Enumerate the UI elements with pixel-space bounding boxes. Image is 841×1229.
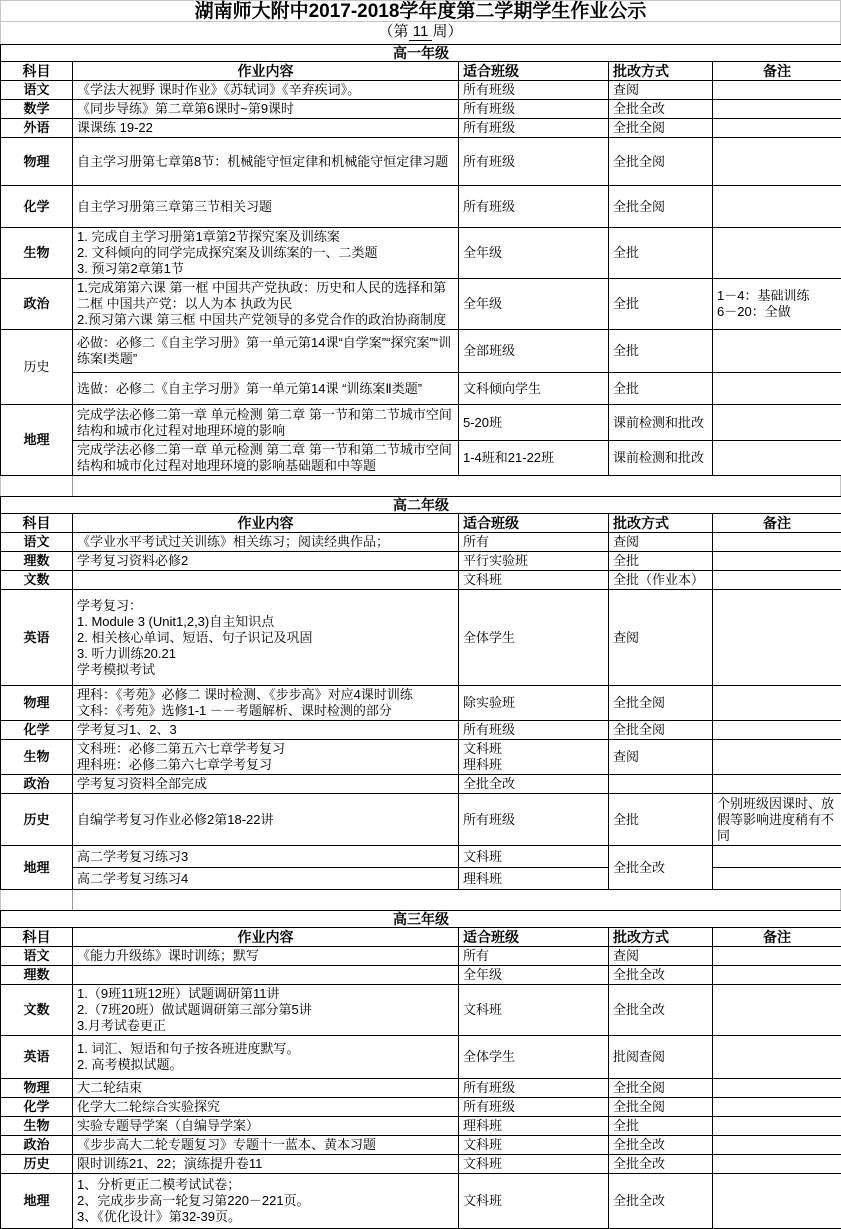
subject-cell: 地理 <box>1 1174 73 1229</box>
homework-cell: 1、分析更正二模考试试卷； 2、完成步步高一轮复习第220－221页。 3、《优… <box>73 1174 459 1229</box>
table-row: 政治《步步高大二轮专题复习》专题十一蓝本、黄本习题文科班全批全改 <box>1 1136 841 1155</box>
subject-cell: 语文 <box>1 81 73 100</box>
section-table-grade-2: 高二年级科目作业内容适合班级批改方式备注语文《学业水平考试过关训练》相关练习；阅… <box>0 496 841 890</box>
header-row: 科目作业内容适合班级批改方式备注 <box>1 514 841 533</box>
homework-cell: 学考复习资料全部完成 <box>73 775 459 794</box>
homework-cell: 完成学法必修二第一章 单元检测 第二章 第一节和第二节城市空间结构和城市化过程对… <box>73 405 459 441</box>
classes-cell: 所有班级 <box>459 794 609 846</box>
classes-cell: 文科班 <box>459 1155 609 1174</box>
classes-cell: 全体学生 <box>459 1036 609 1079</box>
gap-gridline <box>1 476 73 496</box>
subject-cell: 地理 <box>1 846 73 890</box>
table-row: 语文《能力升级练》课时训练；默写所有查阅 <box>1 947 841 966</box>
table-row: 地理1、分析更正二模考试试卷； 2、完成步步高一轮复习第220－221页。 3、… <box>1 1174 841 1229</box>
remarks-cell <box>713 571 841 590</box>
table-row: 历史必做：必修二《自主学习册》第一单元第14课“自学案”“探究案”“训练案Ⅰ类题… <box>1 330 841 373</box>
classes-cell: 所有班级 <box>459 186 609 228</box>
subject-cell: 英语 <box>1 590 73 686</box>
subject-cell: 政治 <box>1 775 73 794</box>
table-row: 政治1.完成第第六课 第一框 中国共产党执政：历史和人民的选择和第二框 中国共产… <box>1 279 841 330</box>
table-row: 化学学考复习1、2、3所有班级全批全阅 <box>1 721 841 740</box>
homework-cell: 学考复习： 1. Module 3 (Unit1,2,3)自主知识点 2. 相关… <box>73 590 459 686</box>
remarks-cell <box>713 1036 841 1079</box>
section-title: 高一年级 <box>1 45 841 62</box>
homework-cell: 《同步导练》第二章第6课时~第9课时 <box>73 100 459 119</box>
table-row: 理数学考复习资料必修2平行实验班全批 <box>1 552 841 571</box>
grading-cell: 全批全改 <box>609 846 713 890</box>
remarks-cell: 1－4：基础训练 6－20：全做 <box>713 279 841 330</box>
remarks-cell <box>713 947 841 966</box>
remarks-cell <box>713 138 841 186</box>
classes-cell: 文科班 <box>459 985 609 1036</box>
classes-cell: 理科班 <box>459 1117 609 1136</box>
grading-cell: 全批（作业本） <box>609 571 713 590</box>
homework-cell: 必做：必修二《自主学习册》第一单元第14课“自学案”“探究案”“训练案Ⅰ类题” <box>73 330 459 373</box>
homework-cell: 《步步高大二轮专题复习》专题十一蓝本、黄本习题 <box>73 1136 459 1155</box>
remarks-cell <box>713 533 841 552</box>
remarks-cell <box>713 740 841 775</box>
column-header: 适合班级 <box>459 62 609 81</box>
grading-cell: 查阅 <box>609 740 713 775</box>
homework-cell: 《学法大视野 课时作业》《苏轼词》《辛弃疾词》。 <box>73 81 459 100</box>
subject-cell: 理数 <box>1 966 73 985</box>
grading-cell: 全批 <box>609 330 713 373</box>
subject-cell: 语文 <box>1 947 73 966</box>
remarks-cell <box>713 590 841 686</box>
remarks-cell <box>713 228 841 279</box>
table-row: 地理完成学法必修二第一章 单元检测 第二章 第一节和第二节城市空间结构和城市化过… <box>1 405 841 441</box>
table-row: 化学自主学习册第三章第三节相关习题所有班级全批全阅 <box>1 186 841 228</box>
subject-cell: 生物 <box>1 740 73 775</box>
grading-cell: 课前检测和批改 <box>609 441 713 476</box>
homework-cell: 1.（9班11班12班）试题调研第11讲 2.（7班20班）做试题调研第三部分第… <box>73 985 459 1036</box>
subject-cell: 外语 <box>1 119 73 138</box>
classes-cell: 全批全改 <box>459 775 609 794</box>
remarks-cell <box>713 1155 841 1174</box>
homework-cell <box>73 571 459 590</box>
remarks-cell <box>713 1174 841 1229</box>
classes-cell: 所有 <box>459 947 609 966</box>
homework-cell: 自编学考复习作业必修2第18-22讲 <box>73 794 459 846</box>
header-row: 科目作业内容适合班级批改方式备注 <box>1 62 841 81</box>
homework-cell: 文科班：必修二第五六七章学考复习 理科班：必修二第六七章学考复习 <box>73 740 459 775</box>
classes-cell: 全年级 <box>459 228 609 279</box>
section-title: 高二年级 <box>1 497 841 514</box>
homework-cell: 1.完成第第六课 第一框 中国共产党执政：历史和人民的选择和第二框 中国共产党：… <box>73 279 459 330</box>
table-row: 政治学考复习资料全部完成全批全改 <box>1 775 841 794</box>
column-header: 批改方式 <box>609 928 713 947</box>
subject-cell: 理数 <box>1 552 73 571</box>
subject-cell: 政治 <box>1 1136 73 1155</box>
homework-cell: 实验专题导学案（自编导学案） <box>73 1117 459 1136</box>
table-row: 选做：必修二《自主学习册》第一单元第14课 “训练案Ⅱ类题”文科倾向学生全批 <box>1 373 841 405</box>
section-band-row: 高一年级 <box>1 45 841 62</box>
column-header: 科目 <box>1 514 73 533</box>
remarks-cell <box>713 1136 841 1155</box>
table-row: 文数文科班全批（作业本） <box>1 571 841 590</box>
classes-cell: 1-4班和21-22班 <box>459 441 609 476</box>
subject-cell: 物理 <box>1 138 73 186</box>
table-row: 语文《学业水平考试过关训练》相关练习；阅读经典作品；所有查阅 <box>1 533 841 552</box>
homework-cell: 课课练 19-22 <box>73 119 459 138</box>
homework-cell: 学考复习1、2、3 <box>73 721 459 740</box>
subject-cell: 物理 <box>1 1079 73 1098</box>
table-row: 生物实验专题导学案（自编导学案）理科班全批 <box>1 1117 841 1136</box>
remarks-cell <box>713 846 841 868</box>
gap-gridline <box>1 890 73 910</box>
subject-cell: 历史 <box>1 330 73 405</box>
grading-cell: 全批全改 <box>609 966 713 985</box>
homework-cell: 自主学习册第三章第三节相关习题 <box>73 186 459 228</box>
grading-cell: 全批 <box>609 794 713 846</box>
header-row: 科目作业内容适合班级批改方式备注 <box>1 928 841 947</box>
subject-cell: 历史 <box>1 1155 73 1174</box>
grading-cell: 全批全改 <box>609 985 713 1036</box>
grading-cell: 全批全阅 <box>609 1079 713 1098</box>
grading-cell: 查阅 <box>609 81 713 100</box>
subject-cell: 数学 <box>1 100 73 119</box>
grading-cell: 全批全阅 <box>609 138 713 186</box>
grading-cell: 全批全改 <box>609 1174 713 1229</box>
classes-cell: 平行实验班 <box>459 552 609 571</box>
remarks-cell <box>713 405 841 441</box>
homework-cell: 自主学习册第七章第8节：机械能守恒定律和机械能守恒定律习题 <box>73 138 459 186</box>
classes-cell: 所有班级 <box>459 1079 609 1098</box>
grading-cell: 全批 <box>609 552 713 571</box>
grading-cell: 全批 <box>609 373 713 405</box>
table-row: 生物1. 完成自主学习册第1章第2节探究案及训练案 2. 文科倾向的同学完成探究… <box>1 228 841 279</box>
table-row: 文数1.（9班11班12班）试题调研第11讲 2.（7班20班）做试题调研第三部… <box>1 985 841 1036</box>
remarks-cell <box>713 81 841 100</box>
subject-cell: 英语 <box>1 1036 73 1079</box>
grading-cell: 全批 <box>609 228 713 279</box>
classes-cell: 所有班级 <box>459 721 609 740</box>
table-row: 物理大二轮结束所有班级全批全阅 <box>1 1079 841 1098</box>
table-gap <box>0 890 841 910</box>
homework-cell: 1. 词汇、短语和句子按各班进度默写。 2. 高考模拟试题。 <box>73 1036 459 1079</box>
subject-cell: 物理 <box>1 686 73 721</box>
column-header: 备注 <box>713 62 841 81</box>
classes-cell: 文科班 <box>459 1174 609 1229</box>
classes-cell: 文科班 <box>459 571 609 590</box>
remarks-cell <box>713 868 841 890</box>
remarks-cell <box>713 1117 841 1136</box>
grading-cell: 课前检测和批改 <box>609 405 713 441</box>
column-header: 批改方式 <box>609 62 713 81</box>
homework-cell <box>73 966 459 985</box>
page-subtitle: （第 11 周） <box>0 22 841 44</box>
remarks-cell <box>713 985 841 1036</box>
grading-cell: 全批全阅 <box>609 1098 713 1117</box>
subtitle-prefix: （第 <box>379 23 409 40</box>
subject-cell: 历史 <box>1 794 73 846</box>
grading-cell: 查阅 <box>609 533 713 552</box>
table-row: 英语1. 词汇、短语和句子按各班进度默写。 2. 高考模拟试题。全体学生批阅查阅 <box>1 1036 841 1079</box>
subtitle-suffix: 周） <box>432 23 462 40</box>
remarks-cell <box>713 966 841 985</box>
classes-cell: 除实验班 <box>459 686 609 721</box>
table-row: 高二学考复习练习4理科班 <box>1 868 841 890</box>
table-row: 地理高二学考复习练习3文科班全批全改 <box>1 846 841 868</box>
subject-cell: 化学 <box>1 1098 73 1117</box>
subject-cell: 文数 <box>1 571 73 590</box>
section-table-grade-1: 高一年级科目作业内容适合班级批改方式备注语文《学法大视野 课时作业》《苏轼词》《… <box>0 44 841 476</box>
classes-cell: 所有班级 <box>459 138 609 186</box>
grading-cell: 全批全阅 <box>609 721 713 740</box>
table-row: 历史自编学考复习作业必修2第18-22讲所有班级全批个别班级因课时、放假等影响进… <box>1 794 841 846</box>
grading-cell: 批阅查阅 <box>609 1036 713 1079</box>
week-number: 11 <box>409 23 433 41</box>
classes-cell: 文科班 理科班 <box>459 740 609 775</box>
classes-cell: 所有班级 <box>459 119 609 138</box>
subject-cell: 化学 <box>1 186 73 228</box>
table-row: 数学《同步导练》第二章第6课时~第9课时所有班级全批全改 <box>1 100 841 119</box>
table-row: 理数全年级全批全改 <box>1 966 841 985</box>
section-table-grade-3: 高三年级科目作业内容适合班级批改方式备注语文《能力升级练》课时训练；默写所有查阅… <box>0 910 841 1229</box>
table-gap <box>0 476 841 496</box>
subject-cell: 语文 <box>1 533 73 552</box>
page-title: 湖南师大附中2017-2018学年度第二学期学生作业公示 <box>0 0 841 22</box>
remarks-cell <box>713 552 841 571</box>
homework-cell: 高二学考复习练习4 <box>73 868 459 890</box>
classes-cell: 所有 <box>459 533 609 552</box>
homework-cell: 《学业水平考试过关训练》相关练习；阅读经典作品； <box>73 533 459 552</box>
remarks-cell <box>713 186 841 228</box>
subject-cell: 生物 <box>1 1117 73 1136</box>
table-row: 历史限时训练21、22；演练提升卷11文科班全批全改 <box>1 1155 841 1174</box>
remarks-cell <box>713 441 841 476</box>
classes-cell: 所有班级 <box>459 81 609 100</box>
classes-cell: 文科班 <box>459 846 609 868</box>
remarks-cell <box>713 775 841 794</box>
column-header: 科目 <box>1 62 73 81</box>
subject-cell: 文数 <box>1 985 73 1036</box>
section-title: 高三年级 <box>1 911 841 928</box>
column-header: 作业内容 <box>73 928 459 947</box>
remarks-cell <box>713 330 841 373</box>
classes-cell: 理科班 <box>459 868 609 890</box>
section-band-row: 高二年级 <box>1 497 841 514</box>
classes-cell: 全体学生 <box>459 590 609 686</box>
column-header: 备注 <box>713 928 841 947</box>
grading-cell: 全批全阅 <box>609 186 713 228</box>
remarks-cell <box>713 100 841 119</box>
grading-cell: 全批全改 <box>609 100 713 119</box>
column-header: 作业内容 <box>73 514 459 533</box>
column-header: 批改方式 <box>609 514 713 533</box>
homework-cell: 选做：必修二《自主学习册》第一单元第14课 “训练案Ⅱ类题” <box>73 373 459 405</box>
remarks-cell <box>713 1079 841 1098</box>
column-header: 适合班级 <box>459 928 609 947</box>
column-header: 作业内容 <box>73 62 459 81</box>
homework-cell: 化学大二轮综合实验探究 <box>73 1098 459 1117</box>
homework-cell: 大二轮结束 <box>73 1079 459 1098</box>
column-header: 适合班级 <box>459 514 609 533</box>
column-header: 备注 <box>713 514 841 533</box>
worksheet: 湖南师大附中2017-2018学年度第二学期学生作业公示 （第 11 周） 高一… <box>0 0 841 1229</box>
table-row: 英语学考复习： 1. Module 3 (Unit1,2,3)自主知识点 2. … <box>1 590 841 686</box>
classes-cell: 全部班级 <box>459 330 609 373</box>
remarks-cell <box>713 1098 841 1117</box>
classes-cell: 所有班级 <box>459 100 609 119</box>
subject-cell: 化学 <box>1 721 73 740</box>
table-row: 生物文科班：必修二第五六七章学考复习 理科班：必修二第六七章学考复习文科班 理科… <box>1 740 841 775</box>
classes-cell: 全年级 <box>459 966 609 985</box>
section-band-row: 高三年级 <box>1 911 841 928</box>
subject-cell: 生物 <box>1 228 73 279</box>
table-row: 化学化学大二轮综合实验探究所有班级全批全阅 <box>1 1098 841 1117</box>
table-row: 完成学法必修二第一章 单元检测 第二章 第一节和第二节城市空间结构和城市化过程对… <box>1 441 841 476</box>
homework-cell: 完成学法必修二第一章 单元检测 第二章 第一节和第二节城市空间结构和城市化过程对… <box>73 441 459 476</box>
grading-cell: 全批全改 <box>609 1155 713 1174</box>
grading-cell: 全批全阅 <box>609 686 713 721</box>
subject-cell: 政治 <box>1 279 73 330</box>
tables-container: 高一年级科目作业内容适合班级批改方式备注语文《学法大视野 课时作业》《苏轼词》《… <box>0 44 841 1229</box>
grading-cell: 全批 <box>609 1117 713 1136</box>
homework-cell: 高二学考复习练习3 <box>73 846 459 868</box>
subject-cell: 地理 <box>1 405 73 476</box>
table-row: 物理自主学习册第七章第8节：机械能守恒定律和机械能守恒定律习题所有班级全批全阅 <box>1 138 841 186</box>
grading-cell <box>609 775 713 794</box>
homework-cell: 理科：《考苑》必修二 课时检测、《步步高》对应4课时训练 文科：《考苑》选修1-… <box>73 686 459 721</box>
homework-cell: 《能力升级练》课时训练；默写 <box>73 947 459 966</box>
classes-cell: 文科班 <box>459 1136 609 1155</box>
classes-cell: 全年级 <box>459 279 609 330</box>
remarks-cell <box>713 721 841 740</box>
grading-cell: 查阅 <box>609 590 713 686</box>
remarks-cell <box>713 373 841 405</box>
grading-cell: 全批全改 <box>609 1136 713 1155</box>
remarks-cell <box>713 119 841 138</box>
classes-cell: 文科倾向学生 <box>459 373 609 405</box>
table-row: 外语课课练 19-22所有班级全批全阅 <box>1 119 841 138</box>
remarks-cell <box>713 686 841 721</box>
grading-cell: 查阅 <box>609 947 713 966</box>
grading-cell: 全批全阅 <box>609 119 713 138</box>
table-row: 语文《学法大视野 课时作业》《苏轼词》《辛弃疾词》。所有班级查阅 <box>1 81 841 100</box>
column-header: 科目 <box>1 928 73 947</box>
homework-cell: 1. 完成自主学习册第1章第2节探究案及训练案 2. 文科倾向的同学完成探究案及… <box>73 228 459 279</box>
classes-cell: 所有班级 <box>459 1098 609 1117</box>
table-row: 物理理科：《考苑》必修二 课时检测、《步步高》对应4课时训练 文科：《考苑》选修… <box>1 686 841 721</box>
classes-cell: 5-20班 <box>459 405 609 441</box>
grading-cell: 全批 <box>609 279 713 330</box>
remarks-cell: 个别班级因课时、放假等影响进度稍有不同 <box>713 794 841 846</box>
homework-cell: 限时训练21、22；演练提升卷11 <box>73 1155 459 1174</box>
homework-cell: 学考复习资料必修2 <box>73 552 459 571</box>
